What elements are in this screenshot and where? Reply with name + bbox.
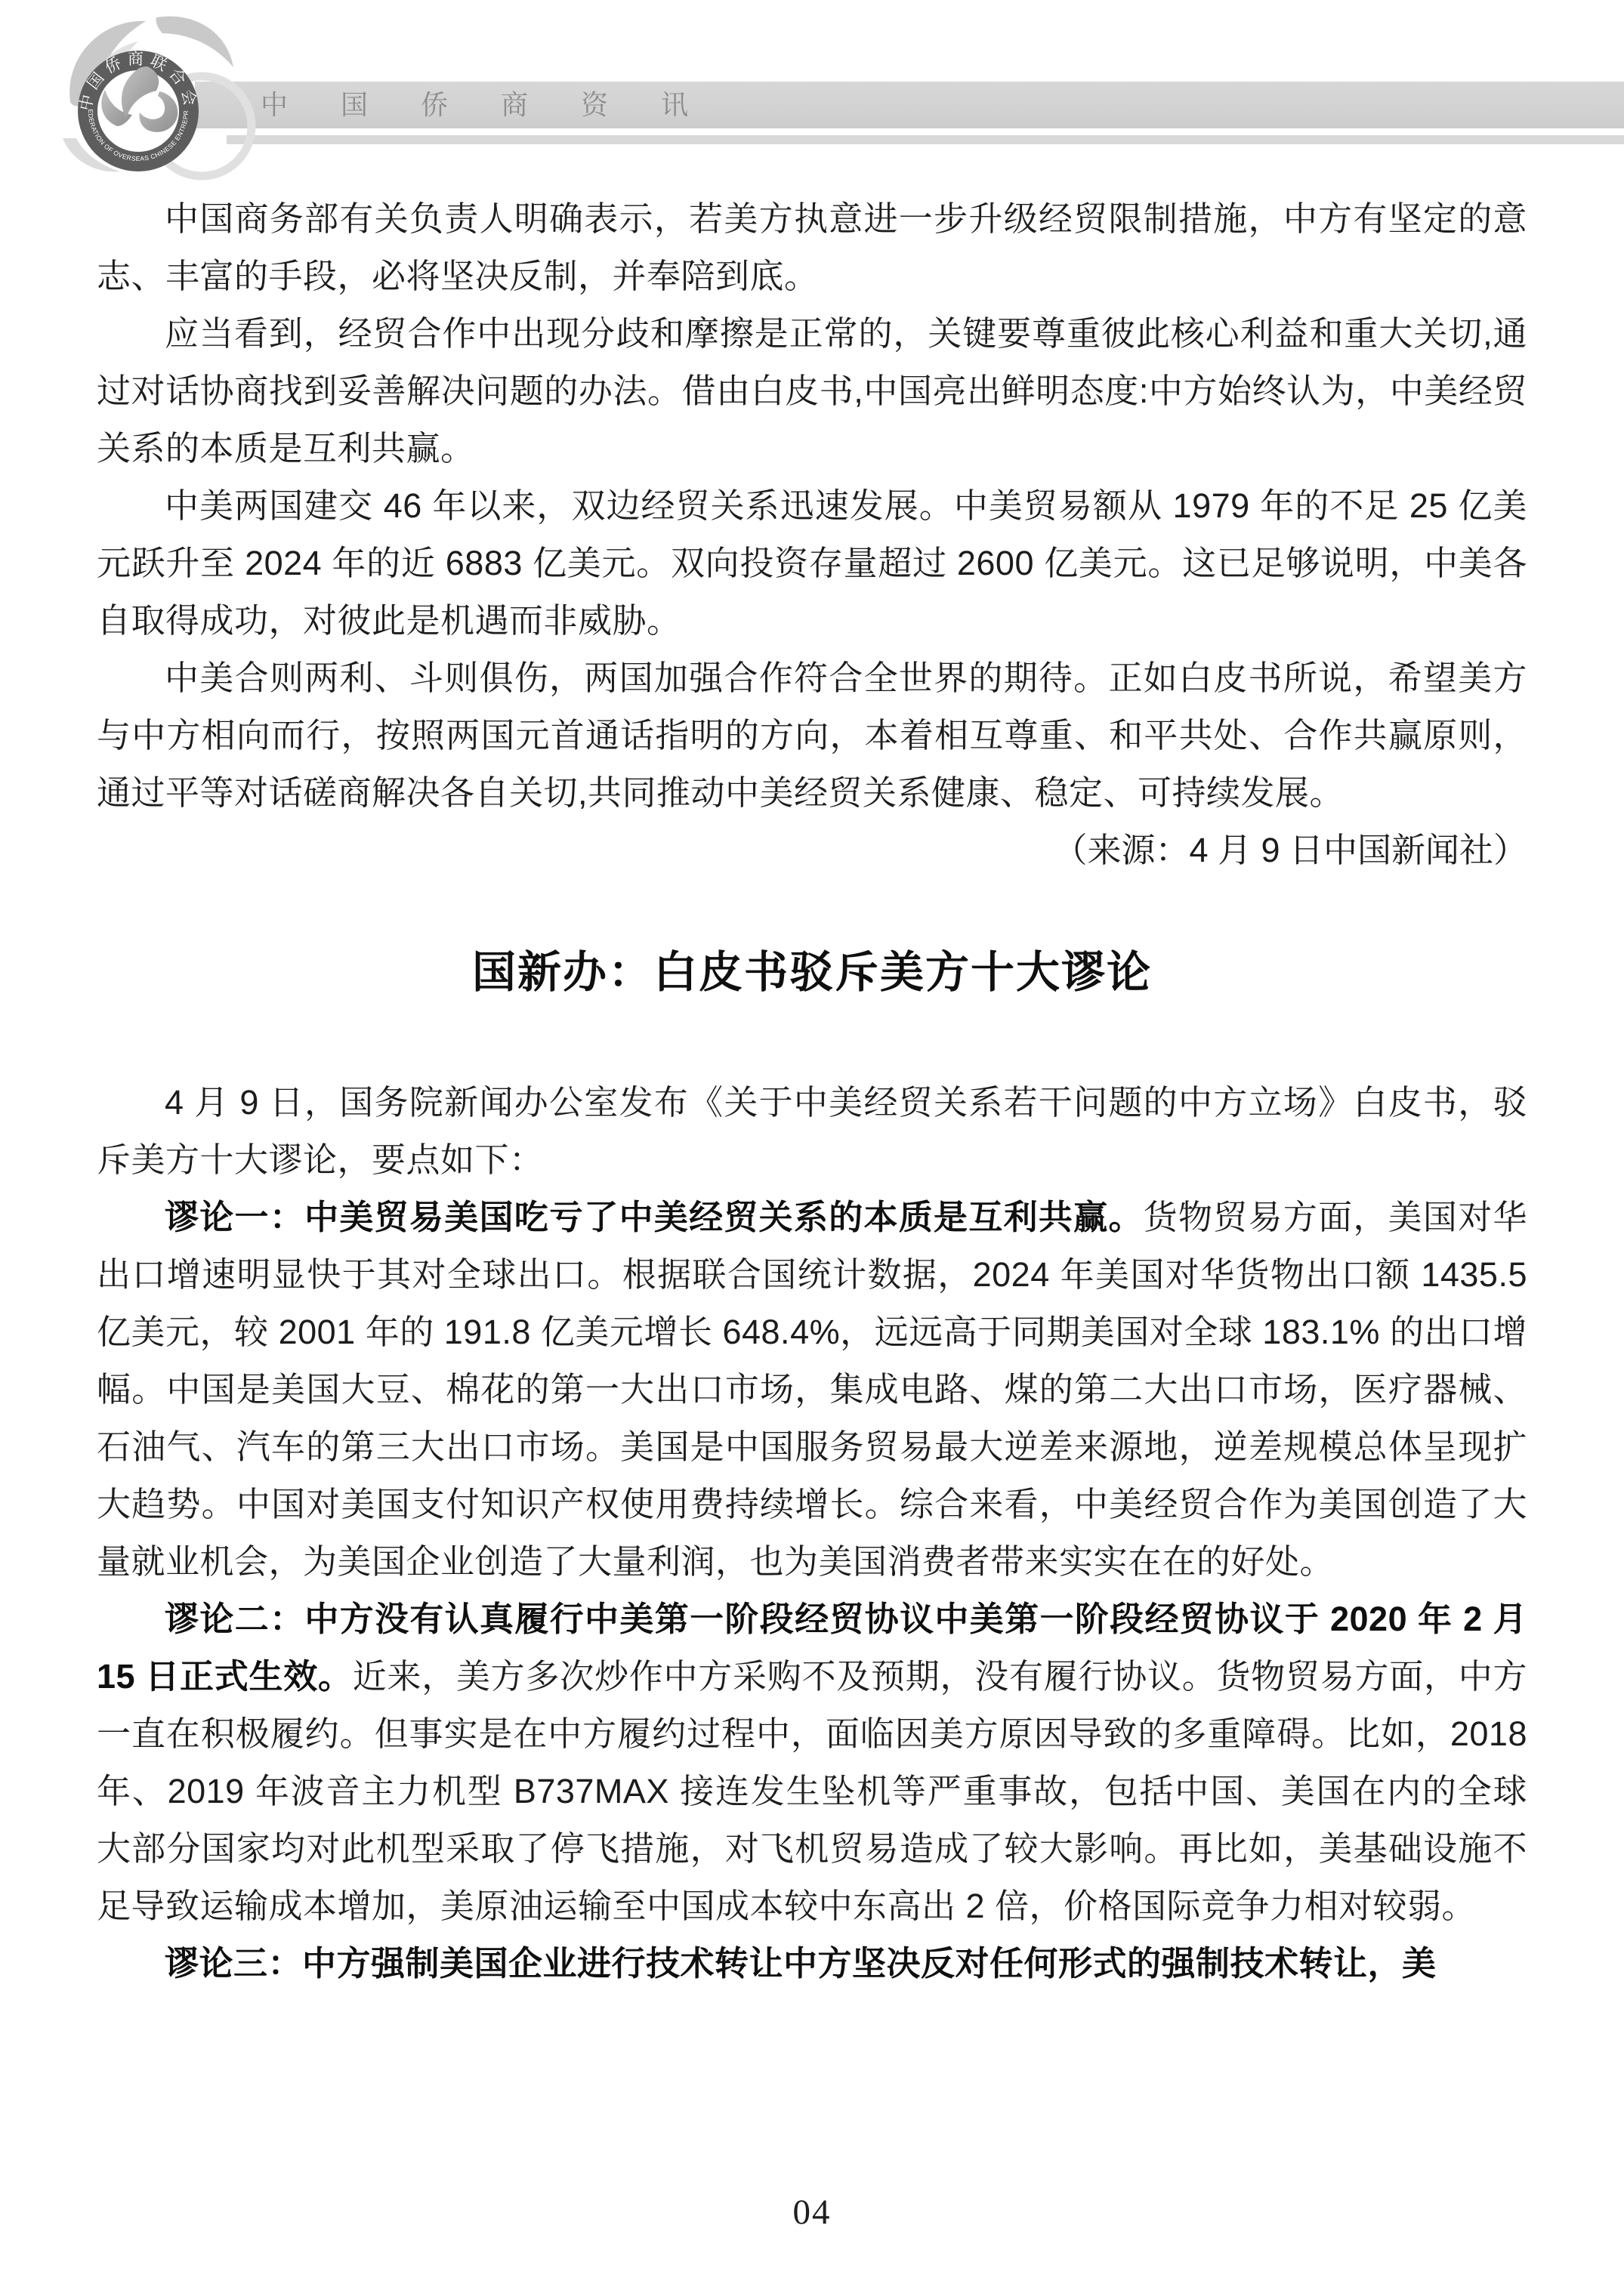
fallacy-heading: 谬论一：中美贸易美国吃亏了中美经贸关系的本质是互利共赢。 (165, 1198, 1144, 1236)
fallacy-text: 货物贸易方面，美国对华出口增速明显快于其对全球出口。根据联合国统计数据，2024… (97, 1198, 1527, 1581)
logo-seal: 中国侨商联合会 CHINA FEDERATION OF OVERSEAS CHI… (42, 11, 268, 181)
fallacy-paragraph: 谬论一：中美贸易美国吃亏了中美经贸关系的本质是互利共赢。货物贸易方面，美国对华出… (97, 1189, 1527, 1591)
fallacy-paragraph: 谬论三：中方强制美国企业进行技术转让中方坚决反对任何形式的强制技术转让，美 (97, 1935, 1527, 1992)
header-band-shadow (227, 135, 1624, 144)
page-number: 04 (0, 2192, 1624, 2233)
article-body: 中国商务部有关负责人明确表示，若美方执意进一步升级经贸限制措施，中方有坚定的意志… (97, 190, 1527, 1992)
paragraph: 4 月 9 日，国务院新闻办公室发布《关于中美经贸关系若干问题的中方立场》白皮书… (97, 1074, 1527, 1189)
document-page: 中国侨商资讯 (0, 0, 1624, 2293)
source-attribution: （来源：4 月 9 日中国新闻社） (97, 822, 1527, 879)
fallacy-paragraph: 谬论二：中方没有认真履行中美第一阶段经贸协议中美第一阶段经贸协议于 2020 年… (97, 1591, 1527, 1935)
fallacy-heading: 谬论三：中方强制美国企业进行技术转让中方坚决反对任何形式的强制技术转让，美 (165, 1944, 1437, 1983)
paragraph: 中美合则两利、斗则俱伤，两国加强合作符合全世界的期待。正如白皮书所说，希望美方与… (97, 650, 1527, 822)
logo-seal-graphic: 中国侨商联合会 CHINA FEDERATION OF OVERSEAS CHI… (42, 11, 268, 181)
paragraph: 中美两国建交 46 年以来，双边经贸关系迅速发展。中美贸易额从 1979 年的不… (97, 477, 1527, 650)
fallacy-text: 近来，美方多次炒作中方采购不及预期，没有履行协议。货物贸易方面，中方一直在积极履… (97, 1657, 1527, 1925)
paragraph: 中国商务部有关负责人明确表示，若美方执意进一步升级经贸限制措施，中方有坚定的意志… (97, 190, 1527, 305)
article-title: 国新办：白皮书驳斥美方十大谬论 (97, 938, 1527, 1008)
paragraph: 应当看到，经贸合作中出现分歧和摩擦是正常的，关键要尊重彼此核心利益和重大关切,通… (97, 305, 1527, 477)
header-title: 中国侨商资讯 (261, 82, 741, 128)
